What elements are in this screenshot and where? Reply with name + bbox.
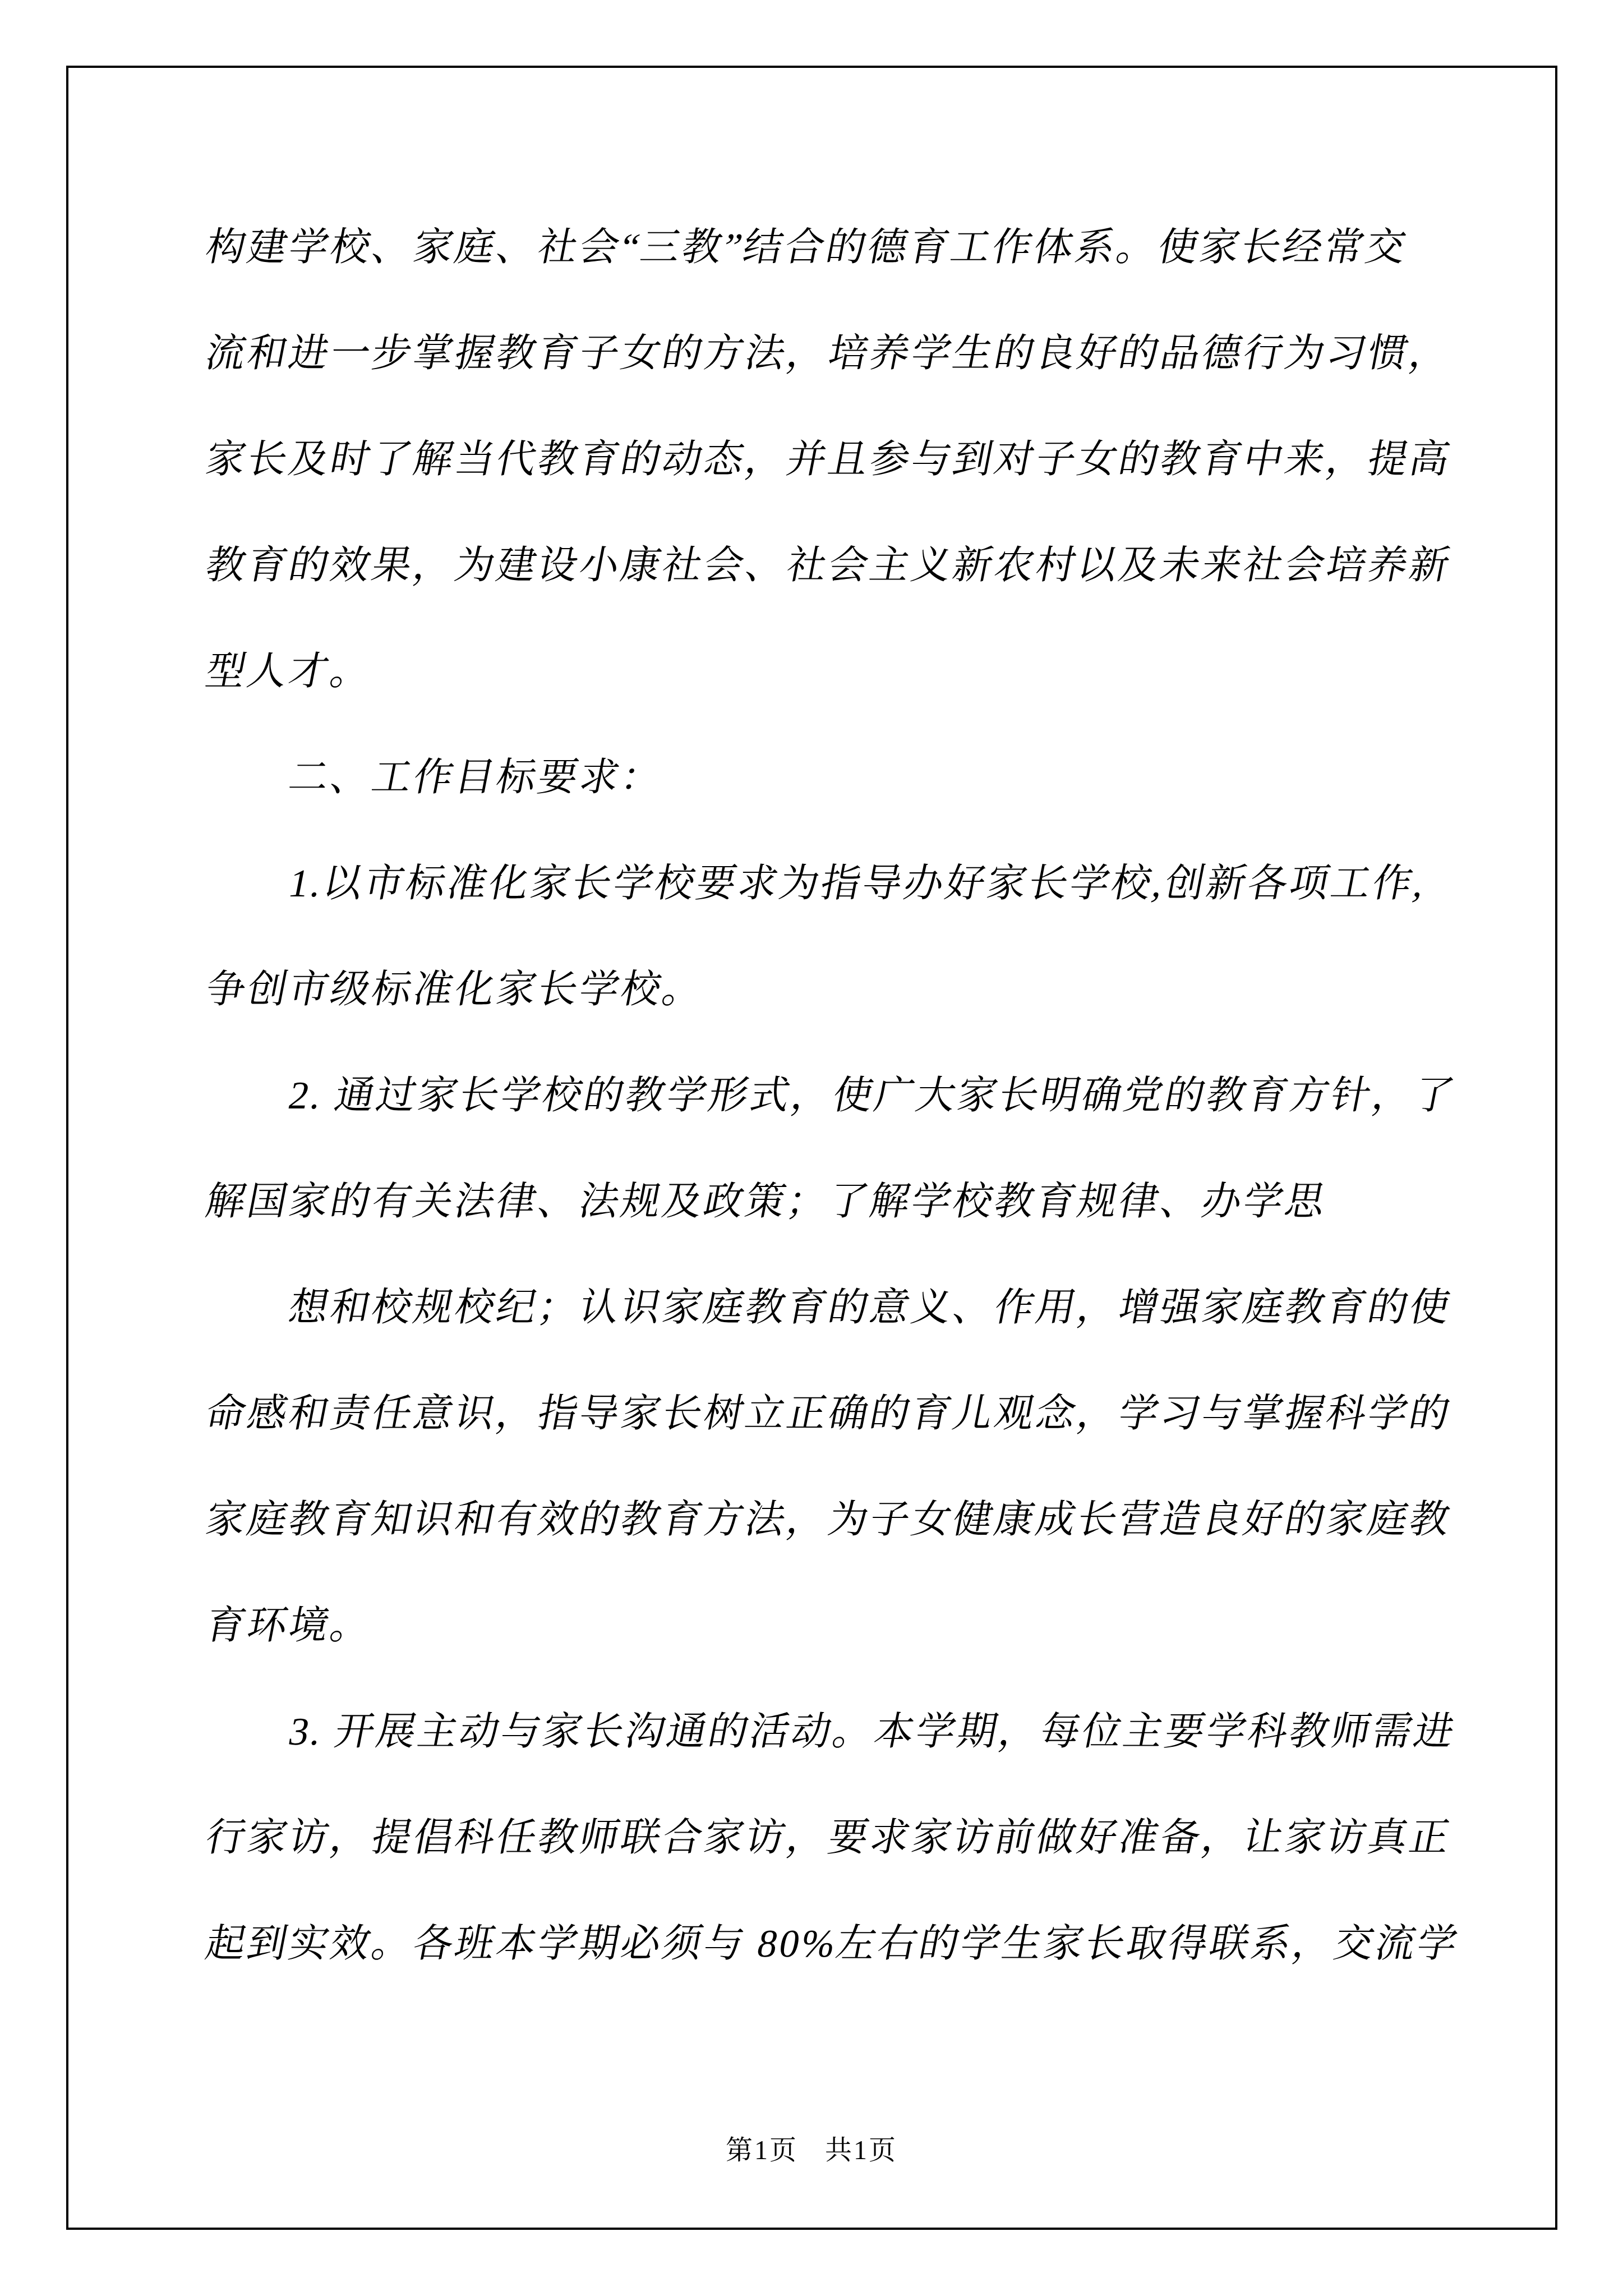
text-line: 争创市级标准化家长学校。	[196, 937, 1467, 1043]
text-line: 育环境。	[196, 1573, 1467, 1679]
text-line: 起到实效。各班本学期必须与 80%左右的学生家长取得联系，交流学	[196, 1891, 1467, 1997]
text-line: 型人才。	[196, 619, 1467, 725]
text-line: 行家访，提倡科任教师联合家访，要求家访前做好准备，让家访真正	[196, 1785, 1467, 1891]
page-footer: 第1页共1页	[0, 2133, 1623, 2169]
footer-page-number: 第1页	[726, 2136, 798, 2165]
text-line: 解国家的有关法律、法规及政策；了解学校教育规律、办学思	[196, 1149, 1467, 1255]
text-line: 2. 通过家长学校的教学形式，使广大家长明确党的教育方针，了	[196, 1043, 1467, 1149]
footer-total-pages: 共1页	[825, 2136, 897, 2165]
text-line: 教育的效果，为建设小康社会、社会主义新农村以及未来社会培养新	[196, 513, 1467, 619]
document-page: 构建学校、家庭、社会“三教”结合的德育工作体系。使家长经常交流和进一步掌握教育子…	[0, 0, 1623, 2296]
text-line: 想和校规校纪；认识家庭教育的意义、作用，增强家庭教育的使	[196, 1255, 1467, 1361]
text-line: 命感和责任意识，指导家长树立正确的育儿观念，学习与掌握科学的	[196, 1361, 1467, 1467]
text-line: 3. 开展主动与家长沟通的活动。本学期，每位主要学科教师需进	[196, 1679, 1467, 1785]
text-line: 1.以市标准化家长学校要求为指导办好家长学校,创新各项工作,	[196, 831, 1467, 937]
text-line: 流和进一步掌握教育子女的方法，培养学生的良好的品德行为习惯，	[196, 301, 1467, 407]
text-line: 家长及时了解当代教育的动态，并且参与到对子女的教育中来，提高	[196, 407, 1467, 513]
document-body: 构建学校、家庭、社会“三教”结合的德育工作体系。使家长经常交流和进一步掌握教育子…	[199, 195, 1450, 1997]
text-line: 二、工作目标要求：	[196, 725, 1467, 831]
text-line: 家庭教育知识和有效的教育方法，为子女健康成长营造良好的家庭教	[196, 1467, 1467, 1573]
text-line: 构建学校、家庭、社会“三教”结合的德育工作体系。使家长经常交	[196, 195, 1467, 301]
